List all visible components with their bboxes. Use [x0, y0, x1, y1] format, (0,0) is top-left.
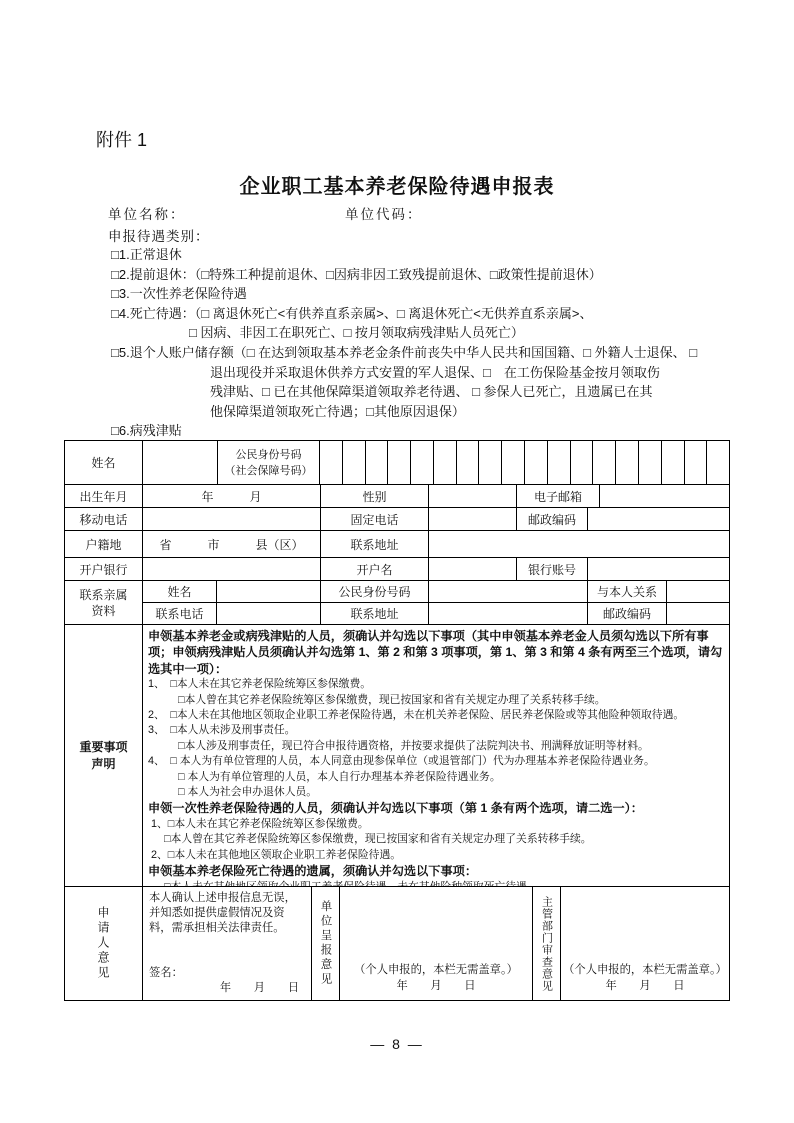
- benefit-category-list: □1.正常退休 □2.提前退休：（□特殊工种提前退休、□因病非因工致残提前退休、…: [64, 245, 742, 441]
- postal-code-label: 邮政编码: [517, 508, 588, 531]
- category-option-account-refund-cont3[interactable]: 他保障渠道领取死亡待遇；□其他原因退保）: [210, 402, 742, 422]
- category-option-death-benefit[interactable]: □4.死亡待遇：（□ 离退休死亡<有供养直系亲属>、□ 离退休死亡<无供养直系亲…: [111, 304, 742, 324]
- id-digit-box[interactable]: [685, 441, 708, 484]
- category-option-disability-allowance[interactable]: □6.病残津贴: [111, 421, 742, 441]
- form-title: 企业职工基本养老保险待遇申报表: [0, 170, 794, 199]
- id-digit-box[interactable]: [548, 441, 571, 484]
- unit-name-label: 单位名称：: [108, 203, 186, 223]
- declaration-option[interactable]: □本人曾在其它养老保险统筹区参保缴费，现已按国家和省有关规定办理了关系转移手续。: [148, 832, 723, 847]
- gender-label: 性别: [321, 485, 429, 508]
- row-phones-postal: 移动电话 固定电话 邮政编码: [65, 508, 730, 531]
- fixed-phone-label: 固定电话: [321, 508, 429, 531]
- dept-opinion-label: 主管部门审查意见: [533, 887, 561, 1001]
- attachment-label: 附件 1: [96, 126, 147, 152]
- id-digit-box[interactable]: [662, 441, 685, 484]
- name-input[interactable]: [143, 441, 218, 485]
- relative-name-label: 姓名: [143, 581, 217, 603]
- id-digit-box[interactable]: [502, 441, 525, 484]
- account-name-input[interactable]: [429, 558, 517, 581]
- unit-opinion-label-text: 单位呈报意见: [318, 900, 334, 987]
- citizen-id-label-line2: （社会保障号码）: [225, 463, 313, 479]
- relative-postal-label: 邮政编码: [588, 603, 667, 625]
- bank-label: 开户银行: [65, 558, 143, 581]
- declaration-option[interactable]: 1、 □本人未在其它养老保险统筹区参保缴费。: [148, 677, 723, 692]
- declaration-option[interactable]: □本人涉及刑事责任，现已符合申报待遇资格，并按要求提供了法院判决书、刑满释放证明…: [148, 739, 723, 754]
- id-digit-box[interactable]: [457, 441, 480, 484]
- category-option-lump-sum[interactable]: □3.一次性养老保险待遇: [111, 284, 742, 304]
- id-digit-box[interactable]: [411, 441, 434, 484]
- relative-address-label: 联系地址: [321, 603, 429, 625]
- bank-account-input[interactable]: [588, 558, 730, 581]
- declaration-option[interactable]: □ 本人为社会申办退休人员。: [148, 785, 723, 800]
- application-table: 姓名 公民身份号码 （社会保障号码） 出生年月 年 月 性别 电子邮箱 移动电话…: [64, 440, 730, 1001]
- unit-info-line: 单位名称： 单位代码：: [0, 203, 794, 221]
- declaration-heading-pension: 申领基本养老金或病残津贴的人员，须确认并勾选以下事项（其中申领基本养老金人员须勾…: [148, 628, 723, 677]
- relative-id-label: 公民身份号码: [321, 581, 429, 603]
- contact-address-label: 联系地址: [321, 531, 429, 558]
- email-input[interactable]: [600, 485, 730, 508]
- id-digit-box[interactable]: [388, 441, 411, 484]
- applicant-date-line[interactable]: 年 月 日: [149, 981, 305, 996]
- id-digit-box[interactable]: [571, 441, 594, 484]
- dept-date-line[interactable]: 年 月 日: [605, 978, 684, 994]
- citizen-id-label-line1: 公民身份号码: [236, 447, 302, 463]
- unit-opinion-label: 单位呈报意见: [312, 887, 340, 1001]
- row-relatives-group: 联系亲属 资料 姓名 公民身份号码 与本人关系 联系电话 联系地址 邮政: [65, 581, 730, 625]
- id-digit-box[interactable]: [434, 441, 457, 484]
- relative-phone-input[interactable]: [217, 603, 321, 625]
- postal-code-input[interactable]: [588, 508, 730, 531]
- birth-date-label: 出生年月: [65, 485, 143, 508]
- id-digit-box[interactable]: [707, 441, 730, 484]
- row-birth-gender-email: 出生年月 年 月 性别 电子邮箱: [65, 485, 730, 508]
- declaration-content: 申领基本养老金或病残津贴的人员，须确认并勾选以下事项（其中申领基本养老金人员须勾…: [143, 625, 730, 887]
- birth-date-input[interactable]: 年 月: [143, 485, 321, 508]
- relative-phone-label: 联系电话: [143, 603, 217, 625]
- applicant-opinion-label: 申请人意见: [65, 887, 143, 1001]
- relation-input[interactable]: [667, 581, 730, 603]
- document-page: 附件 1 企业职工基本养老保险待遇申报表 单位名称： 单位代码： 申报待遇类别：…: [0, 0, 794, 1123]
- unit-code-label: 单位代码：: [345, 203, 423, 223]
- citizen-id-label: 公民身份号码 （社会保障号码）: [218, 441, 320, 485]
- row-declaration: 重要事项 声明 申领基本养老金或病残津贴的人员，须确认并勾选以下事项（其中申领基…: [65, 625, 730, 887]
- dept-opinion-note: （个人申报的，本栏无需盖章。）: [563, 962, 727, 978]
- registry-label: 户籍地: [65, 531, 143, 558]
- id-digit-box[interactable]: [479, 441, 502, 484]
- row-signoff: 申请人意见 本人确认上述申报信息无误，并知悉如提供虚假情况及资料，需承担相关法律…: [65, 887, 730, 1001]
- id-digit-box[interactable]: [320, 441, 343, 484]
- name-label: 姓名: [65, 441, 143, 485]
- id-digit-boxes: [320, 441, 730, 485]
- declaration-option[interactable]: 2、□本人未在其他地区领取企业职工养老保险待遇。: [148, 848, 723, 863]
- row-bank: 开户银行 开户名 银行账号: [65, 558, 730, 581]
- declaration-label-line2: 声明: [91, 756, 115, 773]
- relative-address-input[interactable]: [429, 603, 588, 625]
- declaration-group-label: 重要事项 声明: [65, 625, 143, 887]
- category-option-account-refund-cont1[interactable]: 退出现役并采取退休供养方式安置的军人退保、□ 在工伤保险基金按月领取伤: [210, 363, 742, 383]
- relation-label: 与本人关系: [588, 581, 667, 603]
- dept-opinion-cell[interactable]: （个人申报的，本栏无需盖章。） 年 月 日: [561, 887, 730, 1001]
- applicant-statement: 本人确认上述申报信息无误，并知悉如提供虚假情况及资料，需承担相关法律责任。: [149, 891, 305, 936]
- declaration-option[interactable]: 2、 □本人未在其他地区领取企业职工养老保险待遇，未在机关养老保险、居民养老保险…: [148, 708, 723, 723]
- relative-postal-input[interactable]: [667, 603, 730, 625]
- row-registry-address: 户籍地 省 市 县（区） 联系地址: [65, 531, 730, 558]
- id-digit-box[interactable]: [639, 441, 662, 484]
- id-digit-box[interactable]: [343, 441, 366, 484]
- relatives-group-label-line1: 联系亲属: [79, 587, 127, 603]
- id-digit-box[interactable]: [593, 441, 616, 484]
- row-relative-contact: 联系电话 联系地址 邮政编码: [143, 603, 730, 625]
- row-relative-identity: 姓名 公民身份号码 与本人关系: [143, 581, 730, 603]
- category-option-early-retirement[interactable]: □2.提前退休：（□特殊工种提前退休、□因病非因工致残提前退休、□政策性提前退休…: [111, 265, 742, 285]
- dept-opinion-label-text: 主管部门审查意见: [539, 896, 555, 992]
- account-name-label: 开户名: [321, 558, 429, 581]
- declaration-option[interactable]: □本人曾在其它养老保险统筹区参保缴费，现已按国家和省有关规定办理了关系转移手续。: [148, 693, 723, 708]
- relative-name-input[interactable]: [217, 581, 321, 603]
- declaration-heading-death: 申领基本养老保险死亡待遇的遗属，须确认并勾选以下事项：: [148, 863, 723, 879]
- declaration-heading-lump-sum: 申领一次性养老保险待遇的人员，须确认并勾选以下事项（第 1 条有两个选项，请二选…: [148, 800, 723, 816]
- declaration-label-line1: 重要事项: [79, 739, 127, 756]
- contact-address-input[interactable]: [429, 531, 730, 558]
- gender-input[interactable]: [429, 485, 517, 508]
- relative-id-input[interactable]: [429, 581, 588, 603]
- id-digit-box[interactable]: [616, 441, 639, 484]
- email-label: 电子邮箱: [517, 485, 600, 508]
- fixed-phone-input[interactable]: [429, 508, 517, 531]
- category-option-death-benefit-cont[interactable]: □ 因病、非因工在职死亡、□ 按月领取病残津贴人员死亡）: [189, 323, 742, 343]
- mobile-phone-label: 移动电话: [65, 508, 143, 531]
- bank-account-label: 银行账号: [517, 558, 588, 581]
- category-option-account-refund-cont2[interactable]: 残津贴、□ 已在其他保障渠道领取养老待遇、 □ 参保人已死亡，且遗属已在其: [210, 382, 742, 402]
- page-number: — 8 —: [0, 1036, 794, 1052]
- signature-label[interactable]: 签名：: [149, 966, 305, 981]
- category-option-account-refund[interactable]: □5.退个人账户储存额（□ 在达到领取基本养老金条件前丧失中华人民共和国国籍、□…: [111, 343, 742, 363]
- declaration-option[interactable]: 3、 □本人从未涉及刑事责任。: [148, 723, 723, 738]
- relatives-group-label-line2: 资料: [91, 603, 115, 619]
- row-name-id: 姓名 公民身份号码 （社会保障号码）: [65, 441, 730, 485]
- applicant-statement-cell[interactable]: 本人确认上述申报信息无误，并知悉如提供虚假情况及资料，需承担相关法律责任。 签名…: [143, 887, 312, 1001]
- registry-input[interactable]: 省 市 县（区）: [143, 531, 321, 558]
- relatives-rows: 姓名 公民身份号码 与本人关系 联系电话 联系地址 邮政编码: [143, 581, 730, 625]
- declaration-option[interactable]: 4、 □ 本人为有单位管理的人员，本人同意由现参保单位（或退管部门）代为办理基本…: [148, 754, 723, 769]
- mobile-phone-input[interactable]: [143, 508, 321, 531]
- applicant-opinion-label-text: 申请人意见: [95, 906, 112, 981]
- category-heading: 申报待遇类别：: [108, 225, 210, 245]
- unit-opinion-note: （个人申报的，本栏无需盖章。）: [354, 962, 518, 978]
- unit-opinion-cell[interactable]: （个人申报的，本栏无需盖章。） 年 月 日: [340, 887, 533, 1001]
- declaration-option[interactable]: □ 本人为有单位管理的人员，本人自行办理基本养老保险待遇业务。: [148, 770, 723, 785]
- relatives-group-label: 联系亲属 资料: [65, 581, 143, 625]
- bank-input[interactable]: [143, 558, 321, 581]
- declaration-option[interactable]: □本人未在其他地区领取企业职工养老保险待遇，未在其他险种领取死亡待遇。: [148, 880, 723, 888]
- id-digit-box[interactable]: [366, 441, 389, 484]
- id-digit-box[interactable]: [525, 441, 548, 484]
- category-option-normal-retirement[interactable]: □1.正常退休: [111, 245, 742, 265]
- unit-date-line[interactable]: 年 月 日: [396, 978, 475, 994]
- declaration-option[interactable]: 1、□本人未在其它养老保险统筹区参保缴费。: [148, 817, 723, 832]
